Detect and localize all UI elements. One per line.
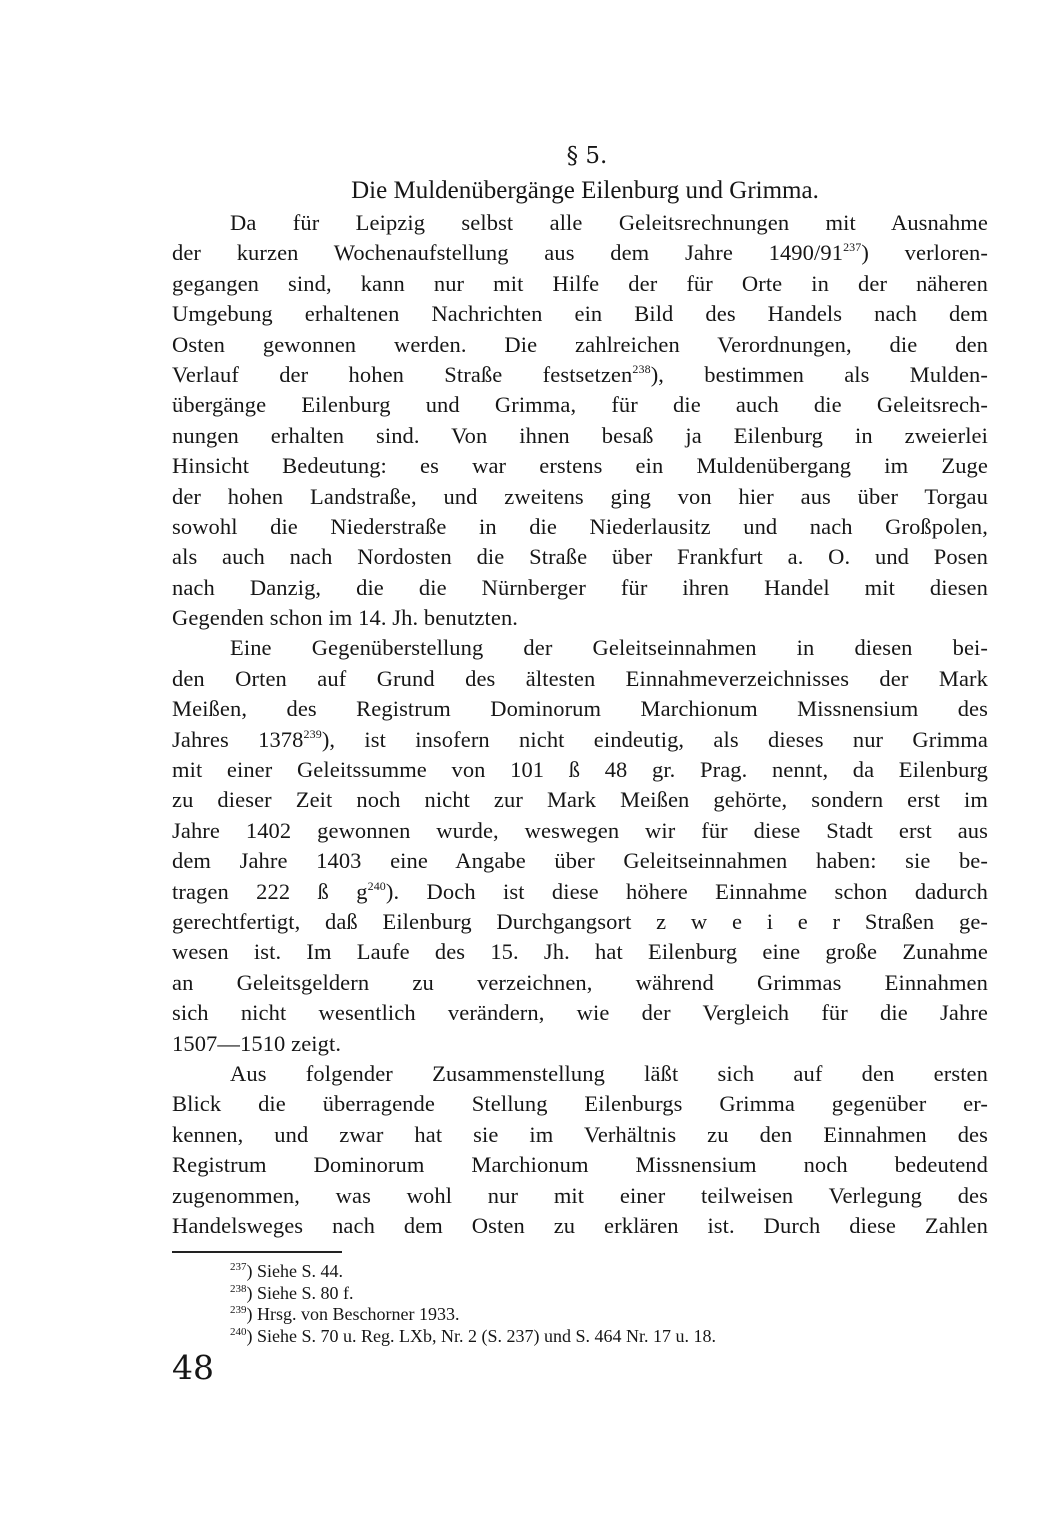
line-text: Verlauf der hohen Straße festsetzen — [172, 362, 632, 387]
text-line: Aus folgender Zusammenstellung läßt sich… — [172, 1059, 988, 1089]
line-text: ). Doch ist diese höhere Einnahme schon … — [386, 879, 988, 904]
text-line: tragen 222 ß g240). Doch ist diese höher… — [172, 877, 988, 907]
text-line: an Geleitsgeldern zu verzeichnen, währen… — [172, 968, 988, 998]
line-text: tragen 222 ß g — [172, 879, 368, 904]
footnote-ref[interactable]: 239 — [304, 727, 322, 741]
line-text: ), ist insofern nicht eindeutig, als die… — [322, 727, 988, 752]
footnote-number: 238 — [230, 1283, 247, 1295]
footnote-number: 237 — [230, 1261, 247, 1273]
text-line: Jahre 1402 gewonnen wurde, weswegen wir … — [172, 816, 988, 846]
text-line: Verlauf der hohen Straße festsetzen238),… — [172, 360, 988, 390]
text-line: Hinsicht Bedeutung: es war erstens ein M… — [172, 451, 988, 481]
line-text: Jahre 1402 gewonnen wurde, weswegen wir … — [172, 818, 988, 843]
line-text: ) verloren- — [861, 240, 988, 265]
paragraph: Aus folgender Zusammenstellung läßt sich… — [172, 1059, 988, 1241]
line-text: Meißen, des Registrum Dominorum Marchion… — [172, 696, 988, 721]
footnote: 239) Hrsg. von Beschorner 1933. — [230, 1304, 988, 1326]
text-line: kennen, und zwar hat sie im Verhältnis z… — [172, 1120, 988, 1150]
footnote-divider — [172, 1251, 342, 1253]
text-line: zugenommen, was wohl nur mit einer teilw… — [172, 1181, 988, 1211]
footnote-ref[interactable]: 237 — [843, 240, 861, 254]
text-line: wesen ist. Im Laufe des 15. Jh. hat Eile… — [172, 937, 988, 967]
text-line: übergänge Eilenburg und Grimma, für die … — [172, 390, 988, 420]
text-line: den Orten auf Grund des ältesten Einnahm… — [172, 664, 988, 694]
line-text: gegangen sind, kann nur mit Hilfe der fü… — [172, 271, 988, 296]
line-text: Jahres 1378 — [172, 727, 304, 752]
section-number: § 5. — [186, 140, 988, 172]
line-text: zu dieser Zeit noch nicht zur Mark Meiße… — [172, 787, 988, 812]
footnote-ref[interactable]: 240 — [368, 879, 386, 893]
section-title: Die Muldenübergänge Eilenburg und Grimma… — [182, 174, 988, 208]
paragraph: Da für Leipzig selbst alle Geleitsrechnu… — [172, 208, 988, 633]
body-text: Da für Leipzig selbst alle Geleitsrechnu… — [172, 208, 988, 1241]
page-number: 48 — [172, 1348, 214, 1388]
text-line: gerechtfertigt, daß Eilenburg Durchgangs… — [172, 907, 988, 937]
paragraph: Eine Gegenüberstellung der Geleitseinnah… — [172, 633, 988, 1058]
footnote-ref[interactable]: 238 — [632, 362, 650, 376]
line-text: Eine Gegenüberstellung der Geleitseinnah… — [230, 635, 988, 660]
text-line: dem Jahre 1403 eine Angabe über Geleitse… — [172, 846, 988, 876]
line-text: der kurzen Wochenaufstellung aus dem Jah… — [172, 240, 843, 265]
line-text: gerechtfertigt, daß Eilenburg Durchgangs… — [172, 909, 988, 934]
line-text: sowohl die Niederstraße in die Niederlau… — [172, 514, 988, 539]
text-line: Registrum Dominorum Marchionum Missnensi… — [172, 1150, 988, 1180]
text-line: Osten gewonnen werden. Die zahlreichen V… — [172, 330, 988, 360]
text-line: Gegenden schon im 14. Jh. benutzten. — [172, 603, 988, 633]
line-text: Hinsicht Bedeutung: es war erstens ein M… — [172, 453, 988, 478]
line-text: nach Danzig, die die Nürnberger für ihre… — [172, 575, 988, 600]
text-line: sowohl die Niederstraße in die Niederlau… — [172, 512, 988, 542]
line-text: als auch nach Nordosten die Straße über … — [172, 544, 988, 569]
line-text: Da für Leipzig selbst alle Geleitsrechnu… — [230, 210, 988, 235]
line-text: zugenommen, was wohl nur mit einer teilw… — [172, 1183, 988, 1208]
text-line: 1507—1510 zeigt. — [172, 1029, 988, 1059]
text-line: Jahres 1378239), ist insofern nicht eind… — [172, 725, 988, 755]
text-line: Blick die überragende Stellung Eilenburg… — [172, 1089, 988, 1119]
line-text: 1507—1510 zeigt. — [172, 1031, 341, 1056]
line-text: der hohen Landstraße, und zweitens ging … — [172, 484, 988, 509]
footnote-text: ) Siehe S. 80 f. — [247, 1283, 354, 1303]
footnote: 237) Siehe S. 44. — [230, 1261, 988, 1283]
text-line: der hohen Landstraße, und zweitens ging … — [172, 482, 988, 512]
line-text: den Orten auf Grund des ältesten Einnahm… — [172, 666, 988, 691]
line-text: nungen erhalten sind. Von ihnen besaß ja… — [172, 423, 988, 448]
line-text: Blick die überragende Stellung Eilenburg… — [172, 1091, 988, 1116]
line-text: an Geleitsgeldern zu verzeichnen, währen… — [172, 970, 988, 995]
footnote-text: ) Hrsg. von Beschorner 1933. — [247, 1304, 460, 1324]
line-text: Osten gewonnen werden. Die zahlreichen V… — [172, 332, 988, 357]
line-text: sich nicht wesentlich verändern, wie der… — [172, 1000, 988, 1025]
line-text: wesen ist. Im Laufe des 15. Jh. hat Eile… — [172, 939, 988, 964]
line-text: ), bestimmen als Mulden- — [651, 362, 988, 387]
line-text: Handelsweges nach dem Osten zu erklären … — [172, 1213, 988, 1238]
text-line: als auch nach Nordosten die Straße über … — [172, 542, 988, 572]
book-page: § 5. Die Muldenübergänge Eilenburg und G… — [172, 140, 988, 1347]
footnote-text: ) Siehe S. 70 u. Reg. LXb, Nr. 2 (S. 237… — [247, 1326, 717, 1346]
line-text: übergänge Eilenburg und Grimma, für die … — [172, 392, 988, 417]
line-text: kennen, und zwar hat sie im Verhältnis z… — [172, 1122, 988, 1147]
line-text: mit einer Geleitssumme von 101 ß 48 gr. … — [172, 757, 988, 782]
line-text: Gegenden schon im 14. Jh. benutzten. — [172, 605, 518, 630]
text-line: Umgebung erhaltenen Nachrichten ein Bild… — [172, 299, 988, 329]
text-line: der kurzen Wochenaufstellung aus dem Jah… — [172, 238, 988, 268]
line-text: dem Jahre 1403 eine Angabe über Geleitse… — [172, 848, 988, 873]
line-text: Umgebung erhaltenen Nachrichten ein Bild… — [172, 301, 988, 326]
text-line: nungen erhalten sind. Von ihnen besaß ja… — [172, 421, 988, 451]
footnote-number: 239 — [230, 1304, 247, 1316]
text-line: Eine Gegenüberstellung der Geleitseinnah… — [172, 633, 988, 663]
text-line: zu dieser Zeit noch nicht zur Mark Meiße… — [172, 785, 988, 815]
text-line: gegangen sind, kann nur mit Hilfe der fü… — [172, 269, 988, 299]
text-line: Handelsweges nach dem Osten zu erklären … — [172, 1211, 988, 1241]
footnote-number: 240 — [230, 1326, 247, 1338]
footnote: 238) Siehe S. 80 f. — [230, 1283, 988, 1305]
text-line: Meißen, des Registrum Dominorum Marchion… — [172, 694, 988, 724]
line-text: Aus folgender Zusammenstellung läßt sich… — [230, 1061, 988, 1086]
text-line: mit einer Geleitssumme von 101 ß 48 gr. … — [172, 755, 988, 785]
footnote-text: ) Siehe S. 44. — [247, 1261, 344, 1281]
line-text: Registrum Dominorum Marchionum Missnensi… — [172, 1152, 988, 1177]
text-line: sich nicht wesentlich verändern, wie der… — [172, 998, 988, 1028]
text-line: nach Danzig, die die Nürnberger für ihre… — [172, 573, 988, 603]
footnote: 240) Siehe S. 70 u. Reg. LXb, Nr. 2 (S. … — [230, 1326, 988, 1348]
footnotes: 237) Siehe S. 44.238) Siehe S. 80 f.239)… — [172, 1261, 988, 1347]
text-line: Da für Leipzig selbst alle Geleitsrechnu… — [172, 208, 988, 238]
